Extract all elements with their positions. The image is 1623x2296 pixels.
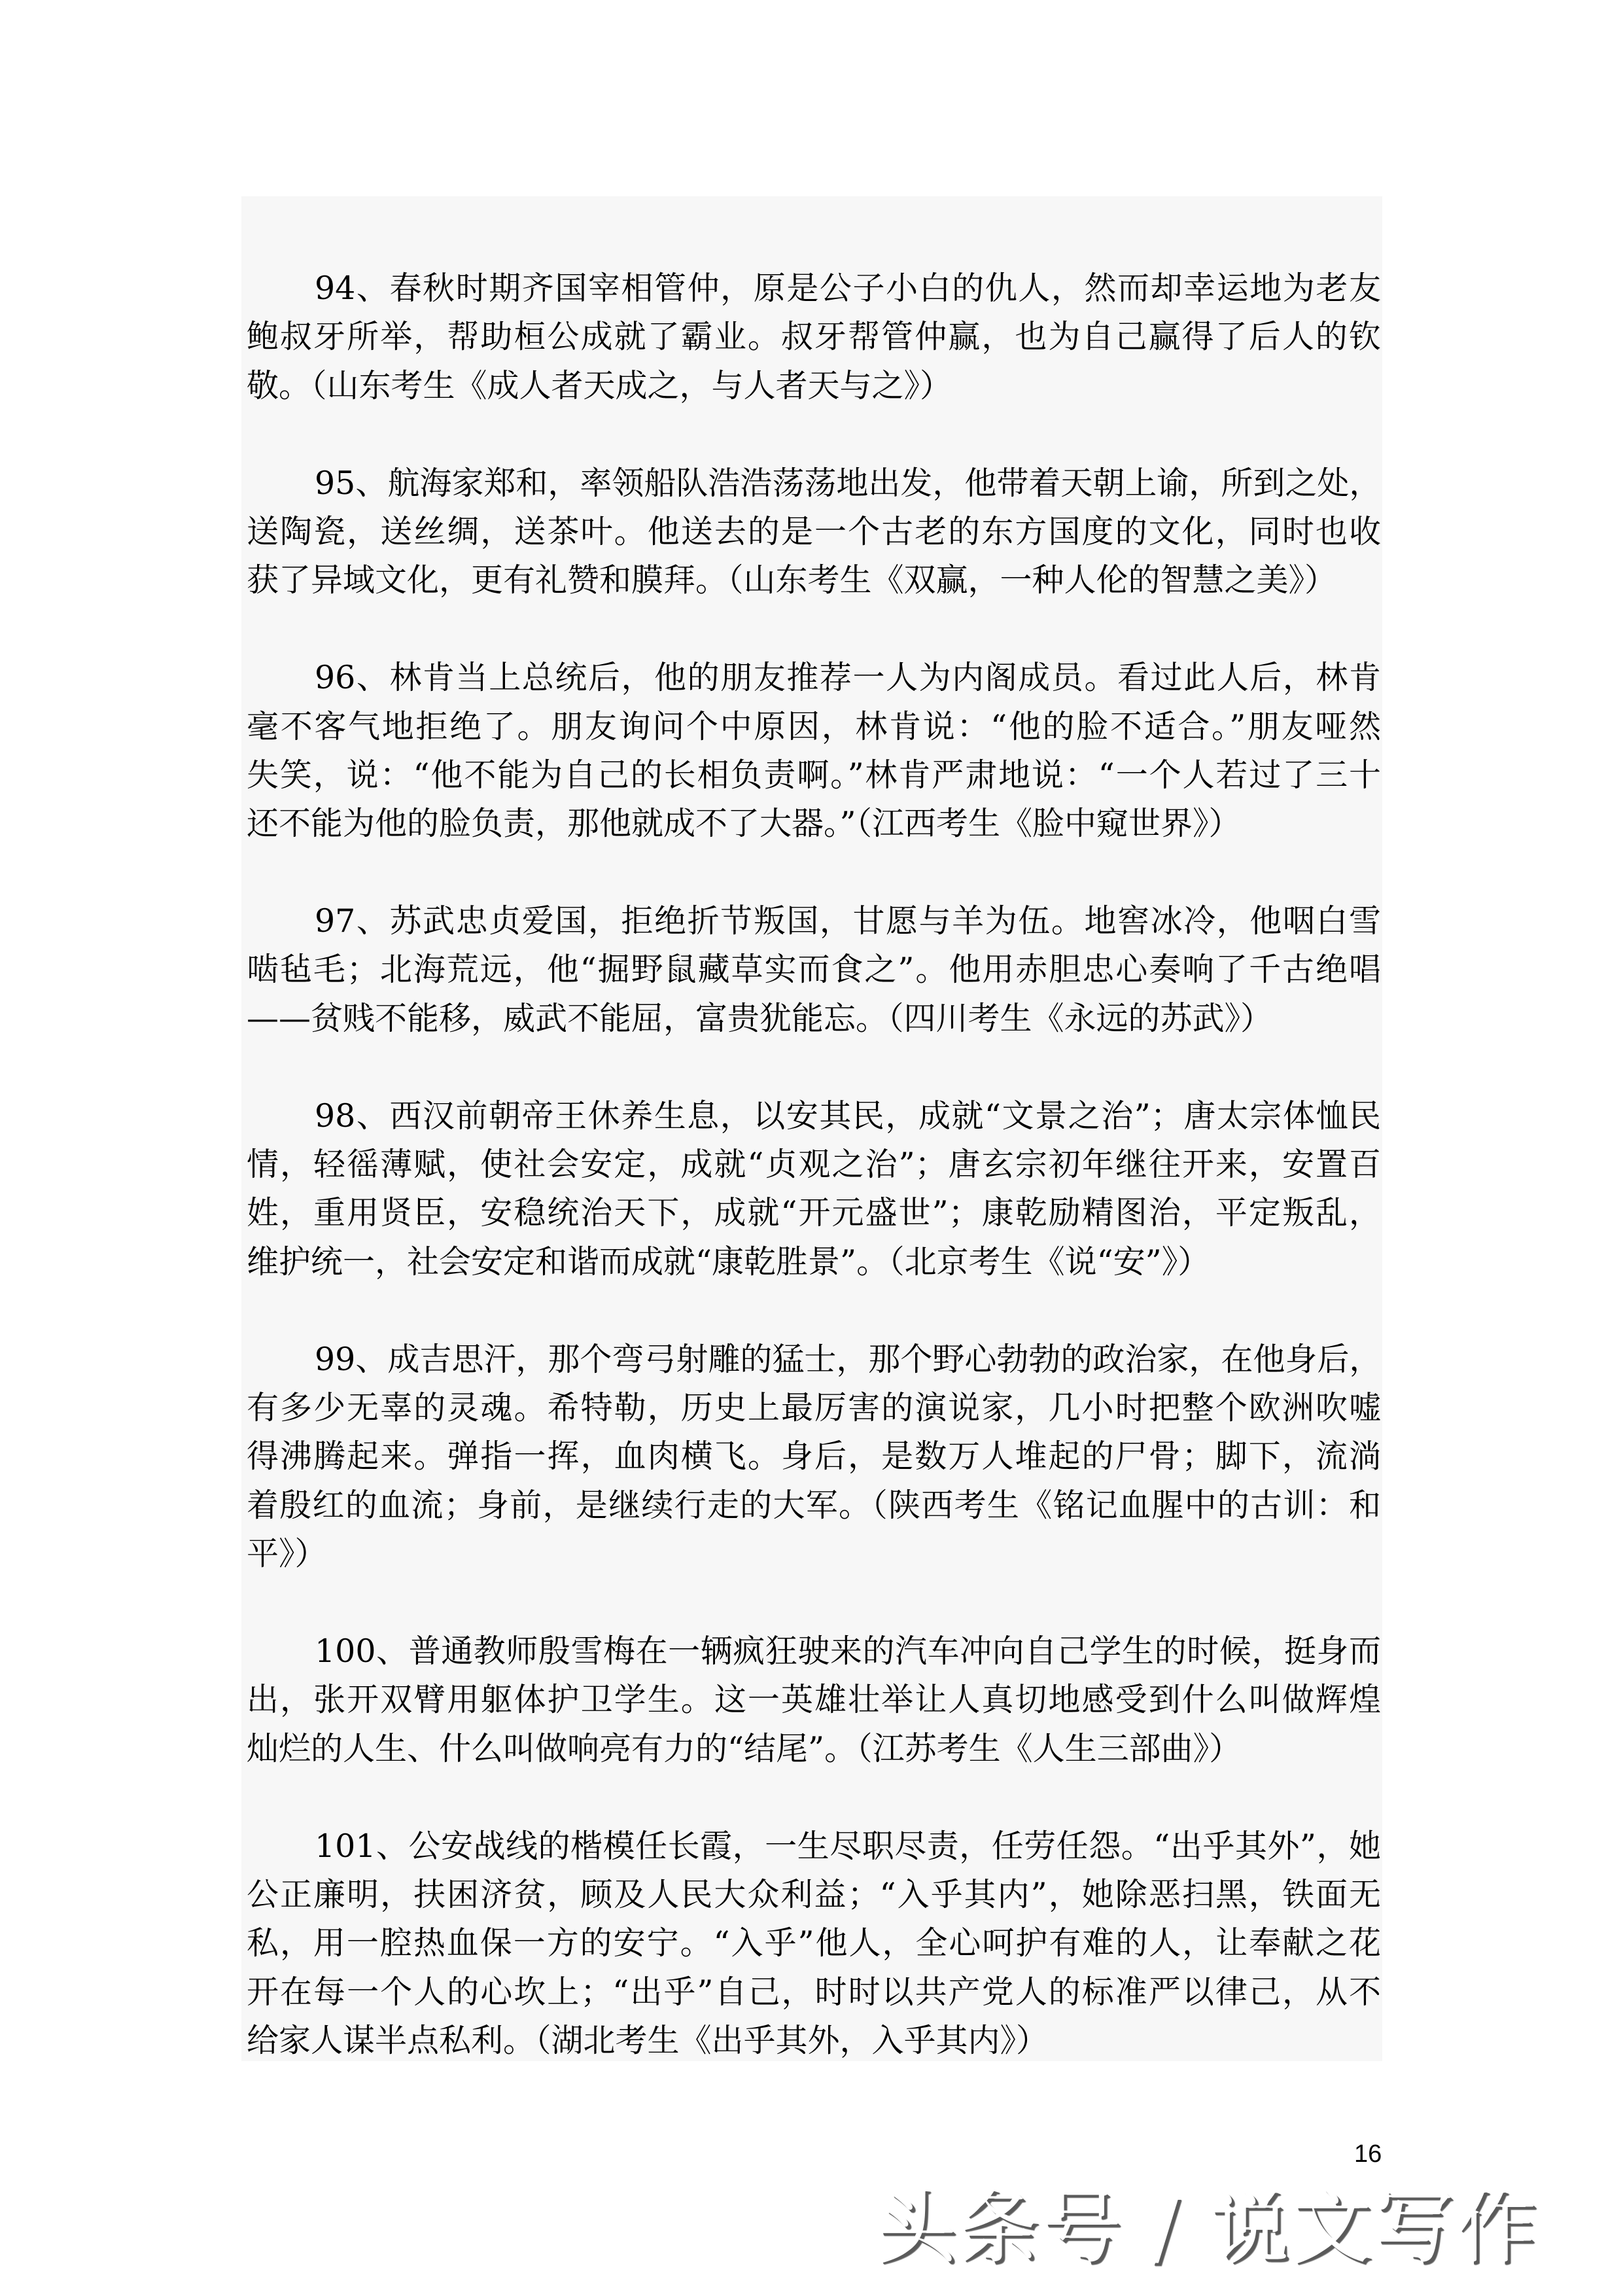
paragraph-line: 100、普通教师殷雪梅在一辆疯狂驶来的汽车冲向自己学生的时候，挺身而 [247,1627,1381,1676]
paragraph-line: 敬。（山东考生《成人者天成之，与人者天与之》） [247,362,1381,410]
paragraph-spacer [247,605,1381,654]
paragraph-line: 获了异域文化，更有礼赞和膜拜。（山东考生《双赢，一种人伦的智慧之美》） [247,556,1381,605]
paragraph-line: 姓，重用贤臣，安稳统治天下，成就“开元盛世”；康乾励精图治，平定叛乱， [247,1189,1381,1237]
text-area: 94、春秋时期齐国宰相管仲，原是公子小白的仇人，然而却幸运地为老友 鲍叔牙所举，… [247,264,1381,2065]
paragraph-spacer [247,1773,1381,1822]
paragraph-line: 失笑，说：“他不能为自己的长相负责啊。”林肯严肃地说：“一个人若过了三十 [247,751,1381,800]
paragraph-line: 95、航海家郑和，率领船队浩浩荡荡地出发，他带着天朝上谕，所到之处， [247,459,1381,508]
paragraph-line: 情，轻徭薄赋，使社会安定，成就“贞观之治”；唐玄宗初年继往开来，安置百 [247,1140,1381,1189]
paragraph-line: 送陶瓷，送丝绸，送茶叶。他送去的是一个古老的东方国度的文化，同时也收 [247,508,1381,556]
paragraph-94: 94、春秋时期齐国宰相管仲，原是公子小白的仇人，然而却幸运地为老友 鲍叔牙所举，… [247,264,1381,410]
paragraph-line: 鲍叔牙所举，帮助桓公成就了霸业。叔牙帮管仲赢，也为自己赢得了后人的钦 [247,313,1381,361]
paragraph-line: 平》） [247,1530,1381,1578]
paragraph-97: 97、苏武忠贞爱国，拒绝折节叛国，甘愿与羊为伍。地窖冰冷，他咽白雪 啮毡毛；北海… [247,897,1381,1043]
paragraph-100: 100、普通教师殷雪梅在一辆疯狂驶来的汽车冲向自己学生的时候，挺身而 出，张开双… [247,1627,1381,1773]
document-content-block: 94、春秋时期齐国宰相管仲，原是公子小白的仇人，然而却幸运地为老友 鲍叔牙所举，… [241,196,1382,2061]
paragraph-line: 得沸腾起来。弹指一挥，血肉横飞。身后，是数万人堆起的尸骨；脚下，流淌 [247,1432,1381,1481]
paragraph-line: 维护统一，社会安定和谐而成就“康乾胜景”。（北京考生《说“安”》） [247,1238,1381,1286]
paragraph-line: 公正廉明，扶困济贫，顾及人民大众利益；“入乎其内”，她除恶扫黑，铁面无 [247,1871,1381,1919]
paragraph-line: 给家人谋半点私利。（湖北考生《出乎其外，入乎其内》） [247,2017,1381,2065]
paragraph-99: 99、成吉思汗，那个弯弓射雕的猛士，那个野心勃勃的政治家，在他身后， 有多少无辜… [247,1335,1381,1579]
paragraph-line: 94、春秋时期齐国宰相管仲，原是公子小白的仇人，然而却幸运地为老友 [247,264,1381,313]
paragraph-line: 着殷红的血流；身前，是继续行走的大军。（陕西考生《铭记血腥中的古训：和 [247,1481,1381,1530]
paragraph-line: ——贫贱不能移，威武不能屈，富贵犹能忘。（四川考生《永远的苏武》） [247,995,1381,1043]
paragraph-line: 毫不客气地拒绝了。朋友询问个中原因，林肯说：“他的脸不适合。”朋友哑然 [247,703,1381,751]
paragraph-spacer [247,1286,1381,1335]
paragraph-spacer [247,1043,1381,1091]
paragraph-line: 出，张开双臂用躯体护卫学生。这一英雄壮举让人真切地感受到什么叫做辉煌 [247,1676,1381,1724]
paragraph-spacer [247,410,1381,459]
paragraph-line: 还不能为他的脸负责，那他就成不了大器。”（江西考生《脸中窥世界》） [247,800,1381,848]
watermark-text: 头条号 / 说文写作 [877,2182,1583,2274]
paragraph-98: 98、西汉前朝帝王休养生息，以安其民，成就“文景之治”；唐太宗体恤民 情，轻徭薄… [247,1092,1381,1287]
paragraph-line: 96、林肯当上总统后，他的朋友推荐一人为内阁成员。看过此人后，林肯 [247,654,1381,702]
paragraph-line: 有多少无辜的灵魂。希特勒，历史上最厉害的演说家，几小时把整个欧洲吹嘘 [247,1384,1381,1432]
paragraph-line: 98、西汉前朝帝王休养生息，以安其民，成就“文景之治”；唐太宗体恤民 [247,1092,1381,1140]
paragraph-101: 101、公安战线的楷模任长霞，一生尽职尽责，任劳任怨。“出乎其外”，她 公正廉明… [247,1822,1381,2066]
paragraph-spacer [247,1579,1381,1627]
paragraph-line: 灿烂的人生、什么叫做响亮有力的“结尾”。（江苏考生《人生三部曲》） [247,1725,1381,1773]
page-number: 16 [1354,2141,1382,2167]
paragraph-line: 开在每一个人的心坎上；“出乎”自己，时时以共产党人的标准严以律己，从不 [247,1968,1381,2017]
paragraph-95: 95、航海家郑和，率领船队浩浩荡荡地出发，他带着天朝上谕，所到之处， 送陶瓷，送… [247,459,1381,605]
paragraph-line: 私，用一腔热血保一方的安宁。“入乎”他人，全心呵护有难的人，让奉献之花 [247,1919,1381,1968]
paragraph-line: 99、成吉思汗，那个弯弓射雕的猛士，那个野心勃勃的政治家，在他身后， [247,1335,1381,1384]
paragraph-96: 96、林肯当上总统后，他的朋友推荐一人为内阁成员。看过此人后，林肯 毫不客气地拒… [247,654,1381,849]
paragraph-line: 97、苏武忠贞爱国，拒绝折节叛国，甘愿与羊为伍。地窖冰冷，他咽白雪 [247,897,1381,945]
paragraph-line: 啮毡毛；北海荒远，他“掘野鼠藏草实而食之”。他用赤胆忠心奏响了千古绝唱 [247,945,1381,994]
paragraph-spacer [247,849,1381,897]
paragraph-line: 101、公安战线的楷模任长霞，一生尽职尽责，任劳任怨。“出乎其外”，她 [247,1822,1381,1871]
